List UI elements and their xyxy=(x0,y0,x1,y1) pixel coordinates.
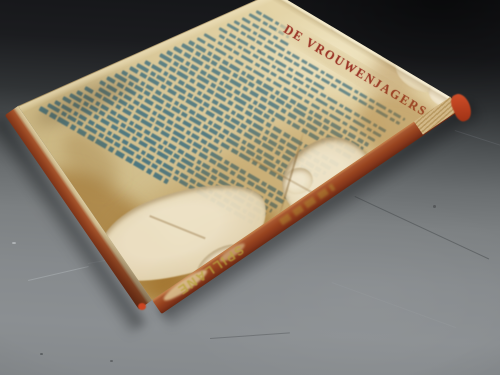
red-cover-corner-dot xyxy=(138,303,146,310)
photo-frame: SPILLANE DE VROUWENJAGERS xyxy=(0,0,500,375)
book: SPILLANE DE VROUWENJAGERS xyxy=(0,0,500,375)
dust-jacket: DE VROUWENJAGERS xyxy=(0,0,500,375)
